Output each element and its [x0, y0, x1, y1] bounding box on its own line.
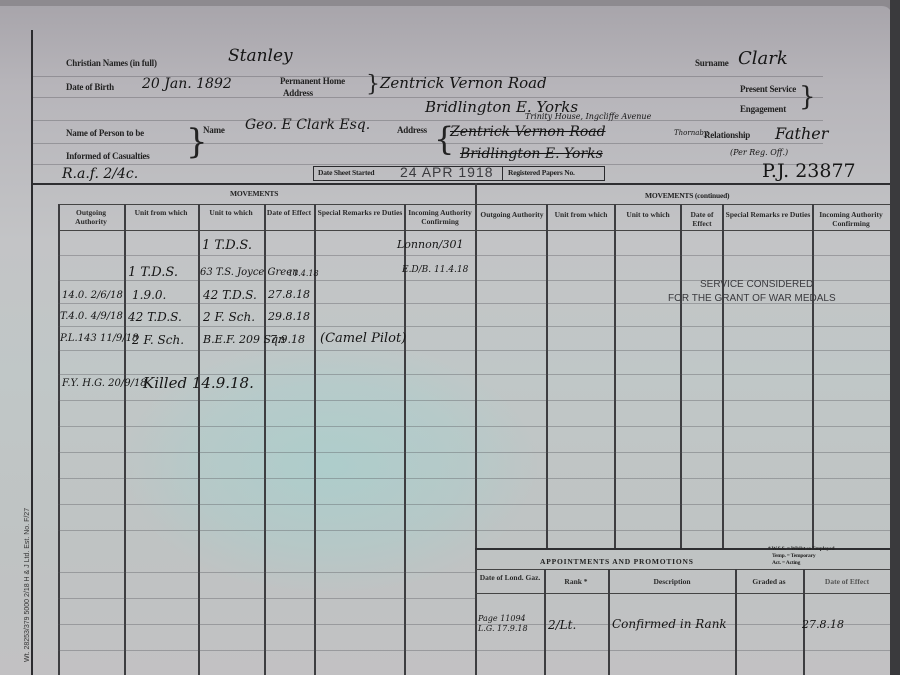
outgoing-authority: 14.0. 2/6/18: [62, 290, 123, 301]
col-description: Description: [610, 577, 734, 586]
relationship-label: Relationship: [704, 130, 750, 140]
service-number: P.J. 23877: [762, 160, 856, 182]
date-of-effect: 27.8.18: [802, 618, 844, 631]
rule: [33, 143, 823, 144]
unit-from: 1 T.D.S.: [128, 265, 178, 280]
rank-key-3: Act. = Acting: [772, 560, 800, 566]
nok-address-line2-struck: Bridlington E. Yorks: [460, 146, 603, 162]
row-rule: [58, 400, 890, 401]
date-of-effect: 7.9.18: [270, 333, 305, 346]
left-margin-rule: [31, 30, 33, 675]
col-unit-to: Unit to which: [200, 208, 262, 217]
date-of-effect: 29.8.18: [268, 310, 310, 323]
medal-stamp-line2: FOR THE GRANT OF WAR MEDALS: [668, 293, 836, 304]
nok-address-added: Trinity House, Ingcliffe Avenue: [525, 112, 651, 121]
row-rule: [58, 326, 890, 327]
date-sheet-started-stamp: 24 APR 1918: [400, 164, 494, 180]
movements-continued-title: MOVEMENTS (continued): [645, 191, 729, 200]
rank: 2/Lt.: [548, 618, 576, 632]
row-rule: [58, 255, 890, 256]
col-date-of-effect: Date of Effect: [265, 208, 313, 217]
brace: }: [799, 82, 816, 112]
col-unit-from: Unit from which: [125, 208, 197, 217]
movements-title: MOVEMENTS: [230, 189, 278, 198]
sheet-edge: [890, 0, 900, 675]
outgoing-authority: F.Y. H.G. 20/9/18: [62, 378, 147, 389]
casualty-note: Killed 14.9.18.: [143, 374, 254, 392]
nok-address-label: Address: [397, 125, 427, 135]
row-rule: [58, 530, 890, 531]
unit-from: 42 T.D.S.: [128, 310, 182, 324]
permanent-home-label: Permanent Home: [280, 76, 345, 86]
unit-from: 1.9.0.: [132, 288, 166, 302]
col-special-remarks-cont: Special Remarks re Duties: [724, 210, 812, 219]
row-rule: [58, 572, 475, 573]
col-rule: [58, 204, 60, 675]
permanent-home-label-2: Address: [283, 88, 313, 98]
printer-imprint: Wt. 28253/379 5000 2/18 H & J Ltd. Est. …: [24, 508, 31, 662]
row-rule: [58, 598, 475, 599]
medal-stamp-line1: SERVICE CONSIDERED: [700, 279, 813, 290]
header-rule: [58, 230, 890, 231]
date-of-effect: 11.4.18: [288, 269, 319, 278]
home-address-line1: Zentrick Vernon Road: [380, 74, 547, 92]
unit-from: 2 F. Sch.: [132, 333, 184, 347]
col-special-remarks: Special Remarks re Duties: [316, 208, 404, 217]
date-of-birth-value: 20 Jan. 1892: [142, 76, 232, 92]
row-rule: [58, 478, 890, 479]
date-sheet-started-label: Date Sheet Started: [318, 168, 374, 177]
registered-papers-label: Registered Papers No.: [508, 168, 575, 177]
relationship-note: (Per Reg. Off.): [730, 148, 788, 157]
special-remarks: (Camel Pilot): [320, 331, 406, 346]
col-incoming-authority: Incoming Authority Confirming: [406, 208, 474, 226]
row-rule: [58, 650, 890, 651]
unit-to: 1 T.D.S.: [202, 238, 252, 253]
nok-name-label: Name: [203, 125, 225, 135]
person-informed-label-1: Name of Person to be: [66, 128, 144, 138]
col-outgoing-authority: Outgoing Authority: [60, 208, 122, 226]
nok-address-annotation: Thornaby: [674, 129, 708, 137]
rank-key-1: * W.S.S. = Whilst so Employed: [768, 546, 834, 552]
outgoing-authority: T.4.0. 4/9/18: [60, 311, 123, 322]
person-informed-label-2: Informed of Casualties: [66, 151, 150, 161]
table-top-rule: [33, 183, 890, 185]
row-rule: [58, 452, 890, 453]
col-outgoing-authority-cont: Outgoing Authority: [478, 210, 546, 219]
raf-reference: R.a.f. 2/4c.: [62, 166, 138, 182]
col-date-of-effect-cont: Date of Effect: [682, 210, 722, 228]
rank-key-2: Temp. = Temporary: [772, 553, 815, 559]
brace: }: [366, 72, 380, 97]
col-unit-from-cont: Unit from which: [548, 210, 614, 219]
header-rule: [58, 204, 890, 205]
present-service-label: Present Service: [740, 84, 796, 94]
relationship-value: Father: [775, 124, 828, 143]
christian-names-label: Christian Names (in full): [66, 58, 157, 68]
row-rule: [58, 426, 890, 427]
incoming-authority: Lonnon/301: [397, 238, 464, 251]
unit-to: 42 T.D.S.: [203, 288, 257, 302]
col-gazette-date: Date of Lond. Gaz.: [478, 573, 542, 582]
date-of-birth-label: Date of Birth: [66, 82, 114, 92]
outgoing-authority: P.L.143 11/9/18: [60, 333, 139, 344]
gazette-reference: Page 11094 L.G. 17.9.18: [478, 614, 540, 634]
christian-names-value: Stanley: [228, 46, 293, 66]
row-rule: [58, 504, 890, 505]
divider: [502, 167, 503, 180]
unit-to: 2 F. Sch.: [203, 310, 255, 324]
row-rule: [58, 350, 890, 351]
description: Confirmed in Rank: [612, 617, 727, 631]
col-rank: Rank *: [546, 577, 606, 586]
col-rule: [124, 204, 126, 675]
nok-name-value: Geo. E Clark Esq.: [245, 117, 370, 133]
nok-address-line1-struck: Zentrick Vernon Road: [450, 124, 606, 140]
surname-label: Surname: [695, 58, 729, 68]
section-divider: [475, 183, 477, 675]
unit-to: 63 T.S. Joyce Green: [200, 267, 299, 278]
date-of-effect: 27.8.18: [268, 288, 310, 301]
header-rule: [475, 593, 890, 594]
surname-value: Clark: [738, 48, 788, 69]
incoming-authority: E.D/B. 11.4.18: [402, 265, 468, 275]
header-rule: [475, 569, 890, 570]
col-incoming-authority-cont: Incoming Authority Confirming: [813, 210, 889, 228]
appointments-title: APPOINTMENTS AND PROMOTIONS: [540, 557, 694, 566]
col-graded-as: Graded as: [737, 577, 801, 586]
engagement-label: Engagement: [740, 104, 786, 114]
col-unit-to-cont: Unit to which: [616, 210, 680, 219]
row-rule: [58, 624, 890, 625]
col-date-of-effect: Date of Effect: [805, 577, 889, 586]
rule: [33, 120, 823, 121]
